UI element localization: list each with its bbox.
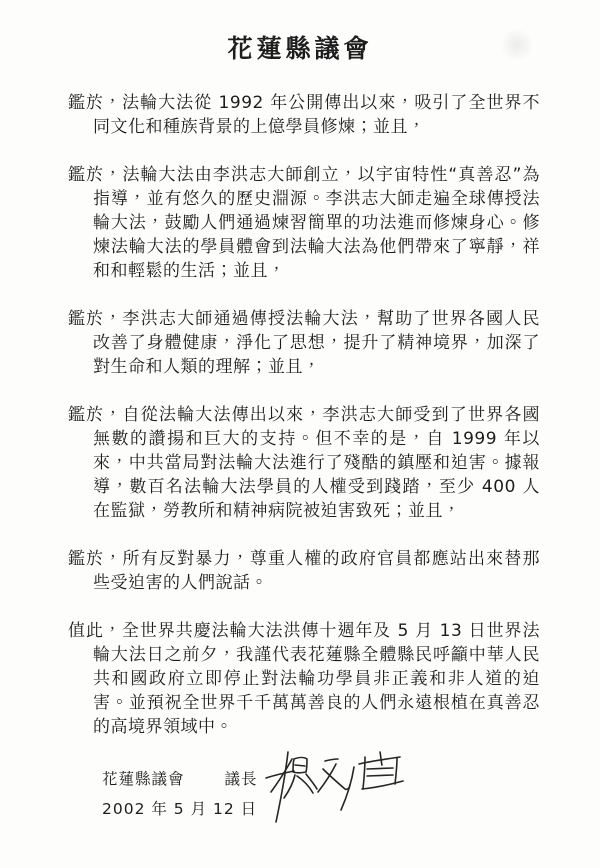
signature-org: 花蓮縣議會 <box>102 770 185 788</box>
whereas-paragraph-3: 鑑於，李洪志大師通過傳授法輪大法，幫助了世界各國人民改善了身體健康，淨化了思想，… <box>93 307 540 379</box>
document-title: 花蓮縣議會 <box>0 34 600 64</box>
whereas-paragraph-1: 鑑於，法輪大法從 1992 年公開傳出以來，吸引了全世界不同文化和種族背景的上億… <box>93 91 540 139</box>
whereas-paragraph-2: 鑑於，法輪大法由李洪志大師創立，以宇宙特性“真善忍”為指導，並有悠久的歷史淵源。… <box>93 163 540 283</box>
handwritten-signature <box>262 747 437 827</box>
document-page: 花蓮縣議會 鑑於，法輪大法從 1992 年公開傳出以來，吸引了全世界不同文化和種… <box>0 0 600 868</box>
document-body: 鑑於，法輪大法從 1992 年公開傳出以來，吸引了全世界不同文化和種族背景的上億… <box>93 91 540 821</box>
whereas-paragraph-5: 鑑於，所有反對暴力，尊重人權的政府官員都應站出來替那些受迫害的人們說話。 <box>93 547 540 595</box>
whereas-paragraph-4: 鑑於，自從法輪大法傳出以來，李洪志大師受到了世界各國無數的讚揚和巨大的支持。但不… <box>93 403 540 523</box>
signer-title: 議長 <box>225 770 258 788</box>
proclamation-paragraph: 值此，全世界共慶法輪大法洪傳十週年及 5 月 13 日世界法輪大法日之前夕，我謹… <box>93 619 540 739</box>
